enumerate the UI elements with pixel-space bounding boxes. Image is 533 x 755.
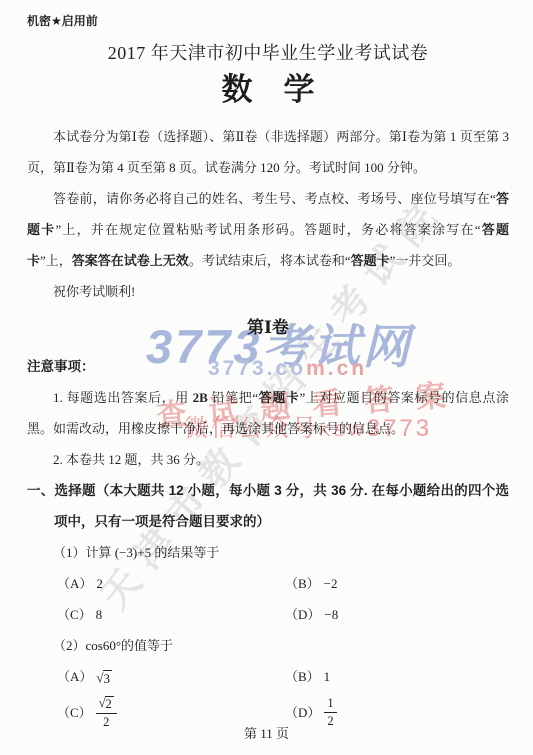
note-2: 2. 本卷共 12 题，共 36 分。: [27, 444, 509, 475]
question-2-option-a: （A）√3: [57, 661, 285, 692]
question-1-option-b: （B）−2: [285, 568, 509, 599]
wish-line: 祝你考试顺利!: [27, 276, 509, 307]
question-1-stem: （1）计算 (−3)+5 的结果等于: [27, 537, 509, 568]
option-label: （B）: [285, 661, 320, 692]
exam-title: 2017 年天津市初中毕业生学业考试试卷: [27, 41, 509, 65]
option-label: （B）: [285, 568, 320, 599]
question-1-option-d: （D）−8: [285, 599, 509, 630]
option-value: 2: [96, 568, 103, 599]
section-1-heading: 第Ⅰ卷: [27, 312, 509, 343]
confidential-label: 机密★启用前: [27, 14, 509, 28]
page-number: 第 11 页: [0, 723, 533, 742]
question-2-stem: （2）cos60°的值等于: [27, 630, 509, 661]
question-1-options: （A）2 （B）−2 （C）8 （D）−8: [57, 568, 509, 630]
option-value: −2: [324, 568, 338, 599]
option-value: √3: [96, 661, 112, 692]
question-2-options: （A）√3 （B）1 （C）√22 （D）12: [57, 661, 509, 733]
option-label: （A）: [57, 661, 92, 692]
option-value: 8: [96, 599, 103, 630]
option-value: −8: [324, 599, 338, 630]
note-1: 1. 每题选出答案后，用 2B 铅笔把“答题卡”上对应题目的答案标号的信息点涂黑…: [27, 382, 509, 444]
intro-paragraph-2: 答卷前，请你务必将自己的姓名、考生号、考点校、考场号、座位号填写在“答题卡”上，…: [27, 183, 509, 276]
option-label: （C）: [57, 599, 92, 630]
question-1: （1）计算 (−3)+5 的结果等于 （A）2 （B）−2 （C）8 （D）−8: [27, 537, 509, 630]
option-value: 1: [324, 661, 331, 692]
subject-title: 数 学: [27, 72, 509, 108]
notes-title: 注意事项：: [27, 351, 509, 382]
option-label: （A）: [57, 568, 92, 599]
question-2-option-b: （B）1: [285, 661, 509, 692]
document-content: 机密★启用前 2017 年天津市初中毕业生学业考试试卷 数 学 本试卷分为第Ⅰ卷…: [0, 0, 533, 733]
option-label: （D）: [285, 599, 320, 630]
question-1-option-a: （A）2: [57, 568, 285, 599]
question-1-option-c: （C）8: [57, 599, 285, 630]
question-2: （2）cos60°的值等于 （A）√3 （B）1 （C）√22 （D）12: [27, 630, 509, 733]
part-1-heading: 一、选择题（本大题共 12 小题，每小题 3 分，共 36 分. 在每小题给出的…: [27, 475, 509, 537]
intro-paragraph-1: 本试卷分为第Ⅰ卷（选择题）、第Ⅱ卷（非选择题）两部分。第Ⅰ卷为第 1 页至第 3…: [27, 121, 509, 183]
exam-paper-page: 天津市教育招生考试院 3773考试网 3773.com.cn 查试题看答案 微信…: [0, 0, 533, 755]
